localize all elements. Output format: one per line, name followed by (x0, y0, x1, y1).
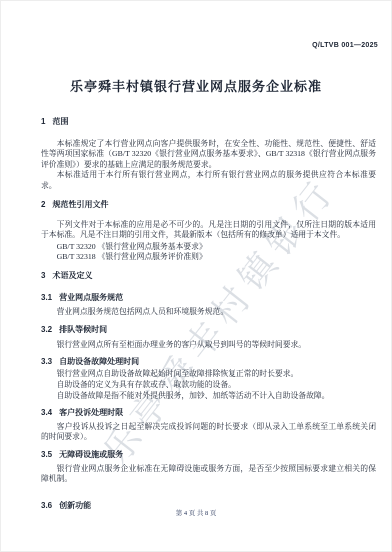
section-number: 3.1 (41, 293, 52, 302)
reference-item-1: GB/T 32320 《银行营业网点服务基本要求》 (41, 242, 376, 252)
section-title: 客户投诉处理时限 (59, 408, 123, 417)
section-title: 无障碍设施或服务 (59, 450, 123, 459)
queue-time-paragraph: 银行营业网点所有至柜面办理业务的客户从取号到叫号的等候时间要求。 (41, 340, 376, 350)
complaint-time-paragraph: 客户投诉从投诉之日起至解决完成投诉问题的时长要求（即从录入工单系统至工单系统关闭… (41, 422, 376, 443)
document-title: 乐亭舜丰村镇银行营业网点服务企业标准 (1, 78, 391, 96)
section-title: 自助设备故障处理时间 (59, 357, 139, 366)
subsection-heading-service-spec: 3.1营业网点服务规范 (41, 292, 376, 303)
section-title: 术语及定义 (52, 271, 92, 280)
section-title: 创新功能 (59, 501, 91, 510)
section-number: 3.5 (41, 450, 52, 459)
service-spec-paragraph: 营业网点服务规范包括网点人员和环境服务规范。 (41, 307, 376, 317)
section-title: 营业网点服务规范 (59, 293, 123, 302)
section-title: 范围 (52, 117, 68, 126)
section-heading-normative-references: 2规范性引用文件 (41, 199, 376, 210)
accessibility-paragraph: 银行营业网点服务企业标准在无障碍设施或服务方面，是否至少按照国标要求建立相关的保… (41, 464, 376, 485)
section-number: 3.6 (41, 501, 52, 510)
reference-item-2: GB/T 32318 《银行营业网点服务评价准则》 (41, 252, 376, 262)
document-page: Q/LTVB 001—2025 乐亭舜丰村镇银行 乐亭舜丰村镇银行营业网点服务企… (0, 0, 392, 552)
subsection-heading-innovation: 3.6创新功能 (41, 500, 376, 511)
scope-paragraph-1: 本标准规定了本行营业网点向客户提供服务时，在安全性、功能性、规范性、便捷性、舒适… (41, 139, 376, 170)
section-heading-scope: 1范围 (41, 116, 376, 127)
device-fault-paragraph-1: 银行营业网点自助设备故障起始时间至故障排除恢复正常的时长要求。 (41, 369, 376, 379)
references-paragraph: 下列文件对于本标准的应用是必不可少的。凡是注日期的引用文件，仅所注日期的版本适用… (41, 220, 376, 241)
subsection-heading-complaint-time: 3.4客户投诉处理时限 (41, 407, 376, 418)
section-number: 2 (41, 200, 45, 209)
section-number: 1 (41, 117, 45, 126)
subsection-heading-queue-time: 3.2排队等候时间 (41, 324, 376, 335)
section-number: 3.3 (41, 357, 52, 366)
scope-paragraph-2: 本标准适用于本行所有银行营业网点，本行所有银行营业网点的服务提供应符合本标准要求… (41, 170, 376, 191)
device-fault-paragraph-3: 自助设备故障是指不能对外提供服务，加钞、加纸等活动不计入自助设备故障。 (41, 391, 376, 401)
section-number: 3 (41, 271, 45, 280)
document-body: 乐亭舜丰村镇银行营业网点服务企业标准 1范围 本标准规定了本行营业网点向客户提供… (1, 1, 391, 511)
section-heading-terms: 3术语及定义 (41, 270, 376, 281)
section-title: 排队等候时间 (59, 325, 107, 334)
device-fault-paragraph-2: 自助设备的定义为具有存款或存、取款功能的设备。 (41, 380, 376, 390)
section-number: 3.2 (41, 325, 52, 334)
subsection-heading-device-fault-time: 3.3自助设备故障处理时间 (41, 356, 376, 367)
subsection-heading-accessibility: 3.5无障碍设施或服务 (41, 449, 376, 460)
section-title: 规范性引用文件 (52, 200, 108, 209)
section-number: 3.4 (41, 408, 52, 417)
